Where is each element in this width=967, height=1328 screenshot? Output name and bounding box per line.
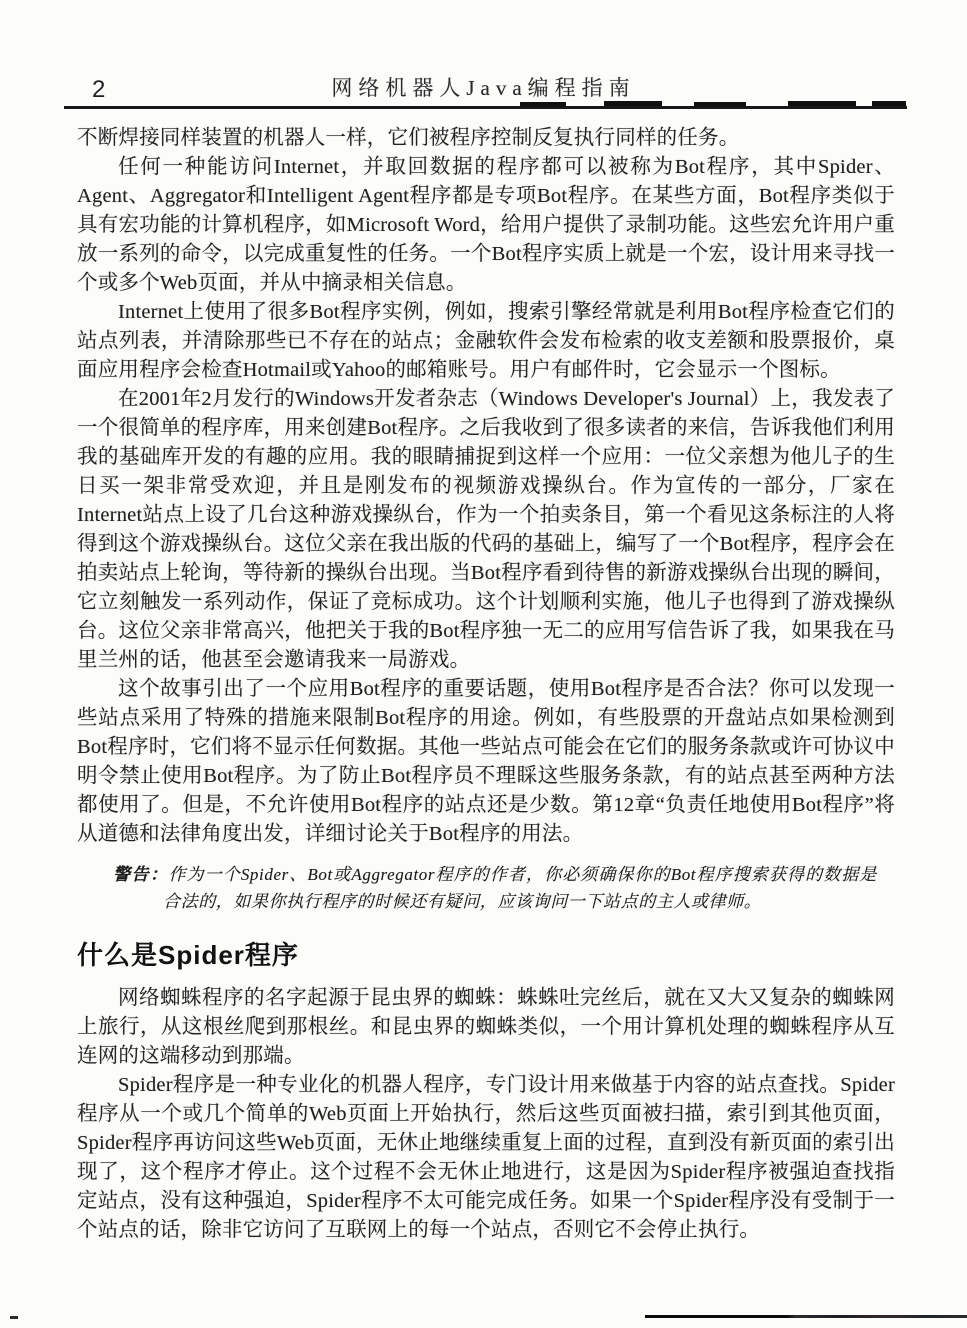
warning-label: 警告： bbox=[113, 865, 168, 884]
warning-text: 作为一个Spider、Bot或Aggregator程序的作者，你必须确保你的Bo… bbox=[163, 865, 877, 911]
header-rule bbox=[64, 106, 907, 109]
scan-artifact-dash bbox=[872, 101, 906, 106]
scan-artifact-dash bbox=[520, 102, 566, 107]
scan-artifact-bottom-line bbox=[645, 1315, 967, 1318]
running-head-title: 网络机器人Java编程指南 bbox=[0, 72, 967, 102]
section-heading: 什么是Spider程序 bbox=[77, 935, 895, 972]
scanned-book-page: 2 网络机器人Java编程指南 不断焊接同样装置的机器人一样，它们被程序控制反复… bbox=[0, 0, 967, 1328]
scan-artifact-bottom-dot bbox=[10, 1316, 18, 1319]
warning-note: 警告：作为一个Spider、Bot或Aggregator程序的作者，你必须确保你… bbox=[113, 861, 877, 915]
scan-artifact-dash bbox=[788, 101, 856, 106]
paragraph: Internet上使用了很多Bot程序实例，例如，搜索引擎经常就是利用Bot程序… bbox=[77, 298, 895, 385]
paragraph: 在2001年2月发行的Windows开发者杂志（Windows Develope… bbox=[77, 385, 895, 675]
warning-paragraph: 警告：作为一个Spider、Bot或Aggregator程序的作者，你必须确保你… bbox=[113, 861, 877, 915]
scan-artifact-dash bbox=[604, 101, 662, 106]
paragraph: Spider程序是一种专业化的机器人程序，专门设计用来做基于内容的站点查找。Sp… bbox=[77, 1071, 895, 1245]
paragraph: 网络蜘蛛程序的名字起源于昆虫界的蜘蛛：蛛蛛吐完丝后，就在又大又复杂的蜘蛛网上旅行… bbox=[77, 984, 895, 1071]
paragraph-continuation: 不断焊接同样装置的机器人一样，它们被程序控制反复执行同样的任务。 bbox=[77, 124, 895, 153]
paragraph: 任何一种能访问Internet，并取回数据的程序都可以被称为Bot程序，其中Sp… bbox=[77, 153, 895, 298]
paragraph: 这个故事引出了一个应用Bot程序的重要话题，使用Bot程序是否合法？你可以发现一… bbox=[77, 675, 895, 849]
body-text: 不断焊接同样装置的机器人一样，它们被程序控制反复执行同样的任务。 任何一种能访问… bbox=[77, 124, 895, 1245]
scan-artifact-dash bbox=[694, 102, 746, 107]
